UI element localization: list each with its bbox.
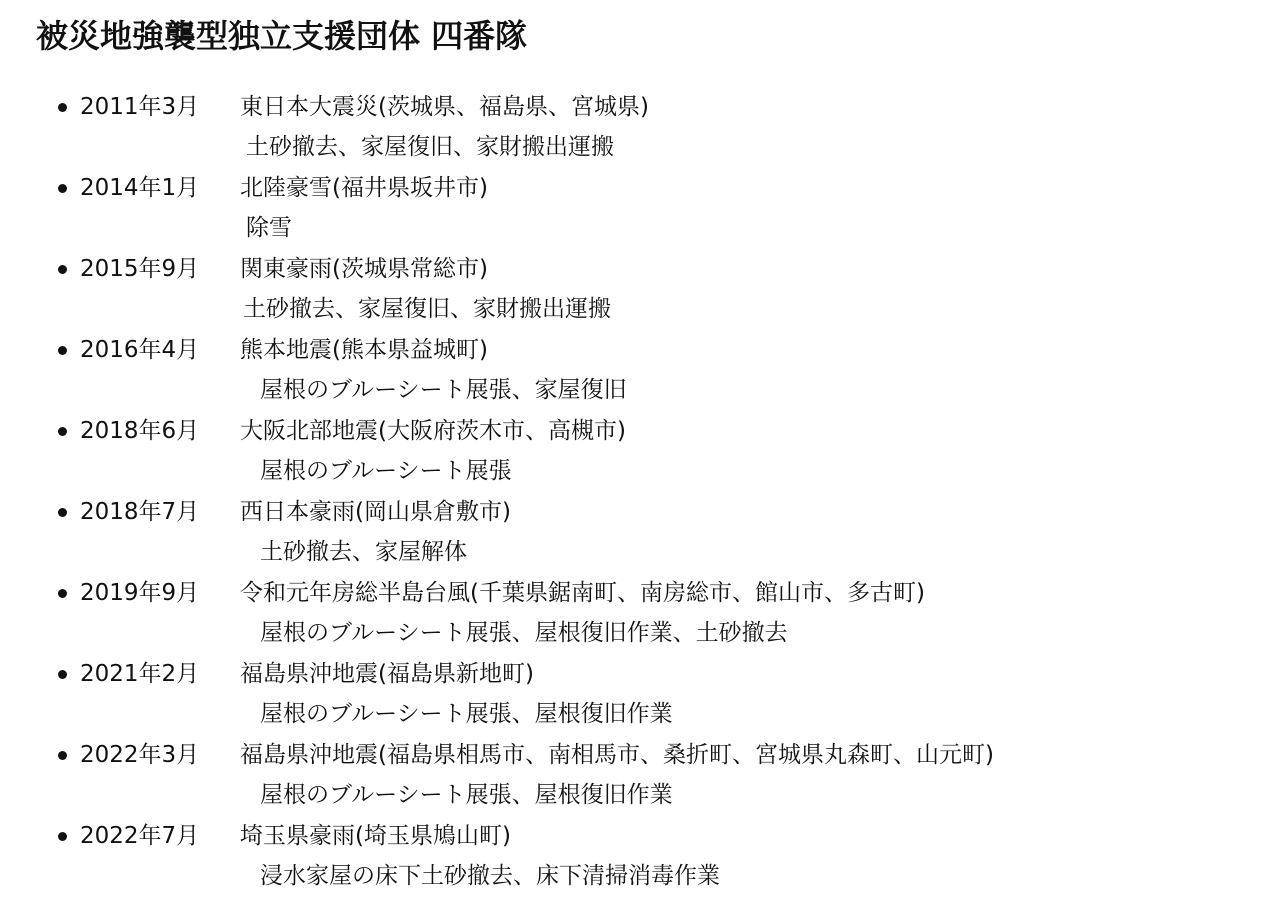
activity-work: 屋根のブルーシート展張、屋根復旧作業: [260, 774, 673, 816]
activity-date: 2018年7月: [80, 491, 199, 533]
activity-date: 2019年9月: [80, 572, 199, 614]
activity-work: 屋根のブルーシート展張: [260, 450, 512, 492]
activity-event: 熊本地震(熊本県益城町): [240, 329, 488, 371]
activity-event: 大阪北部地震(大阪府茨木市、高槻市): [240, 410, 626, 452]
activity-work: 屋根のブルーシート展張、家屋復旧: [260, 369, 627, 411]
bullet-icon: [58, 670, 67, 679]
bullet-icon: [58, 103, 67, 112]
bullet-icon: [58, 589, 67, 598]
bullet-icon: [58, 508, 67, 517]
activity-date: 2022年3月: [80, 734, 199, 776]
bullet-icon: [58, 346, 67, 355]
activity-work: 浸水家屋の床下土砂撤去、床下清掃消毒作業: [260, 855, 720, 897]
page-title: 被災地強襲型独立支援団体 四番隊: [36, 14, 527, 58]
activity-date: 2014年1月: [80, 167, 199, 209]
activity-date: 2021年2月: [80, 653, 199, 695]
activity-work: 屋根のブルーシート展張、屋根復旧作業、土砂撤去: [260, 612, 788, 654]
activity-work: 土砂撤去、家屋解体: [260, 531, 467, 573]
activity-event: 関東豪雨(茨城県常総市): [240, 248, 488, 290]
activity-date: 2018年6月: [80, 410, 199, 452]
activity-date: 2022年7月: [80, 815, 199, 857]
bullet-icon: [58, 751, 67, 760]
bullet-icon: [58, 184, 67, 193]
bullet-icon: [58, 832, 67, 841]
activity-event: 西日本豪雨(岡山県倉敷市): [240, 491, 511, 533]
activity-event: 北陸豪雪(福井県坂井市): [240, 167, 488, 209]
activity-date: 2011年3月: [80, 86, 199, 128]
activity-work: 土砂撤去、家屋復旧、家財搬出運搬: [243, 288, 611, 330]
activity-work: 除雪: [246, 207, 292, 249]
activity-work: 土砂撤去、家屋復旧、家財搬出運搬: [246, 126, 614, 168]
activity-date: 2016年4月: [80, 329, 199, 371]
activity-work: 屋根のブルーシート展張、屋根復旧作業: [260, 693, 673, 735]
activity-event: 福島県沖地震(福島県新地町): [240, 653, 534, 695]
activity-event: 福島県沖地震(福島県相馬市、南相馬市、桑折町、宮城県丸森町、山元町): [240, 734, 994, 776]
activity-date: 2015年9月: [80, 248, 199, 290]
bullet-icon: [58, 265, 67, 274]
activity-event: 令和元年房総半島台風(千葉県鋸南町、南房総市、館山市、多古町): [240, 572, 925, 614]
activity-event: 東日本大震災(茨城県、福島県、宮城県): [240, 86, 649, 128]
activity-event: 埼玉県豪雨(埼玉県鳩山町): [240, 815, 511, 857]
bullet-icon: [58, 427, 67, 436]
